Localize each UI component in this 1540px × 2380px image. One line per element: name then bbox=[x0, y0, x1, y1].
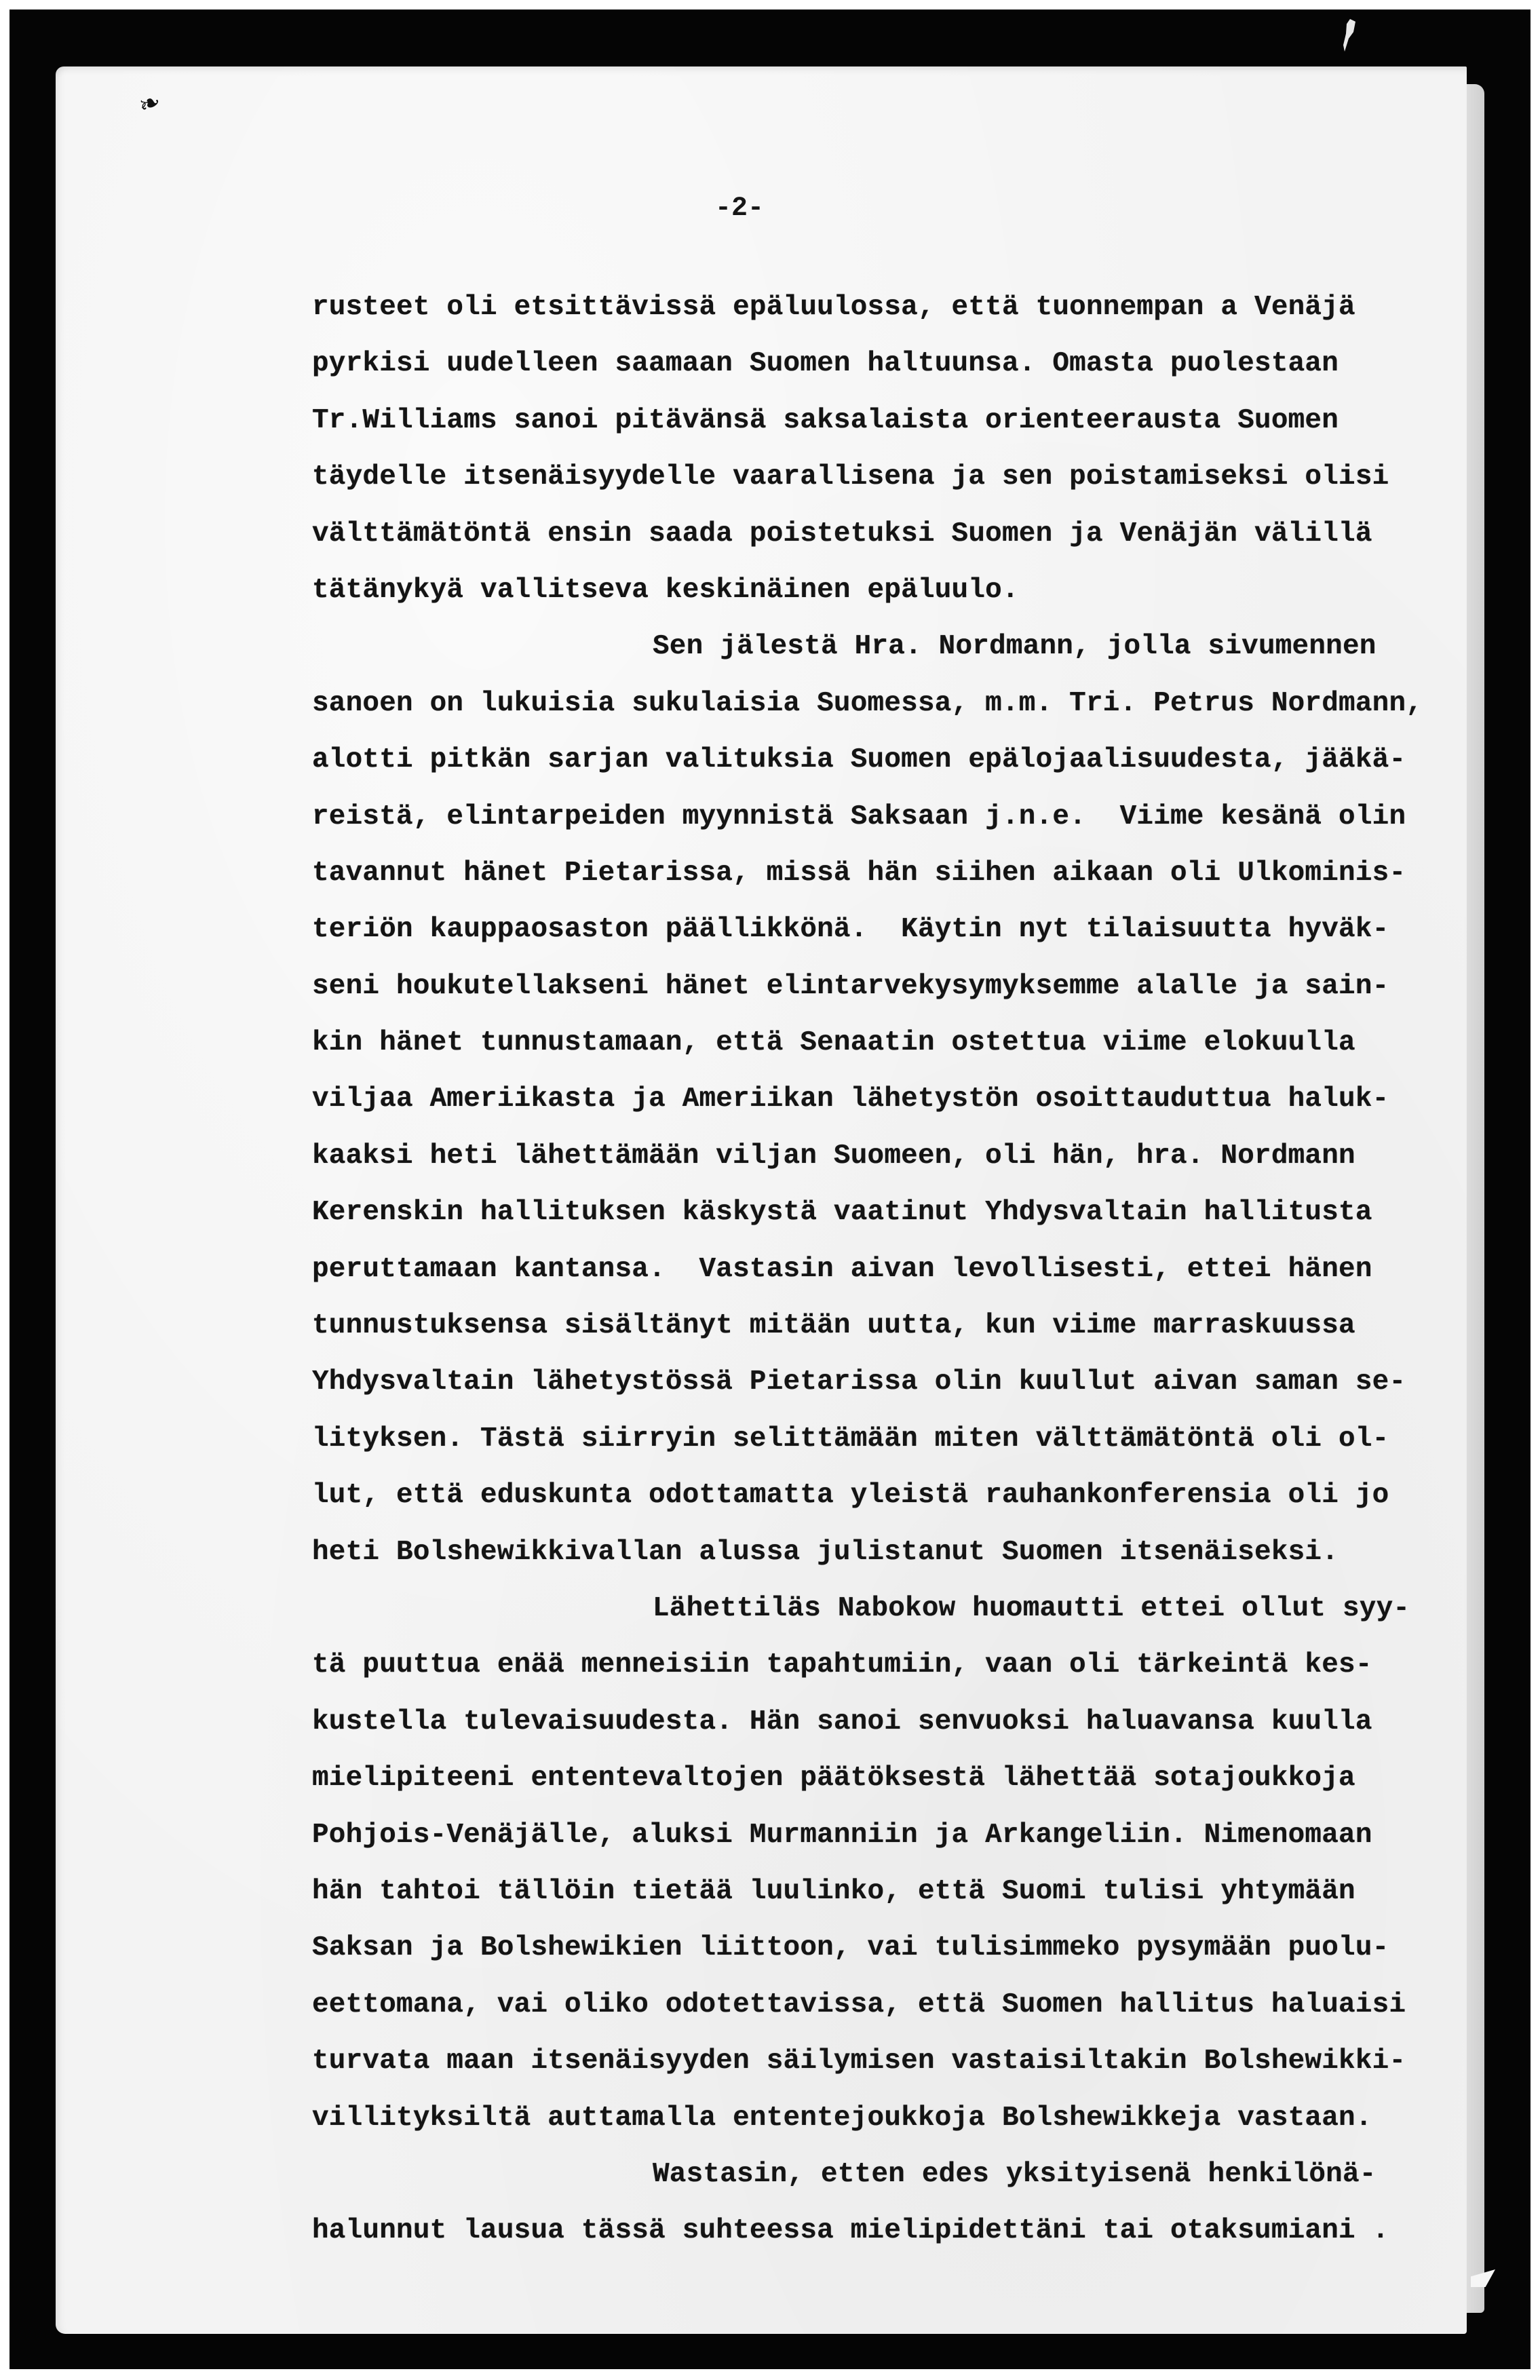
text-line: tavannut hänet Pietarissa, missä hän sii… bbox=[312, 845, 1398, 902]
text-line: täydelle itsenäisyydelle vaarallisena ja… bbox=[312, 449, 1398, 505]
text-line: tä puuttua enää menneisiin tapahtumiin, … bbox=[312, 1637, 1398, 1693]
text-line: kustella tulevaisuudesta. Hän sanoi senv… bbox=[312, 1694, 1398, 1750]
text-line: peruttamaan kantansa. Vastasin aivan lev… bbox=[312, 1242, 1398, 1298]
text-line: tunnustuksensa sisältänyt mitään uutta, … bbox=[312, 1298, 1398, 1354]
page-number: -2- bbox=[692, 193, 787, 224]
text-line: Yhdysvaltain lähetystössä Pietarissa oli… bbox=[312, 1354, 1398, 1410]
text-line: halunnut lausua tässä suhteessa mielipid… bbox=[312, 2203, 1398, 2259]
document-body: rusteet oli etsittävissä epäluulossa, et… bbox=[312, 280, 1398, 2260]
text-line: heti Bolshewikkivallan alussa julistanut… bbox=[312, 1524, 1398, 1581]
text-line: Kerenskin hallituksen käskystä vaatinut … bbox=[312, 1185, 1398, 1241]
paragraph-first-line: Sen jälestä Hra. Nordmann, jolla sivumen… bbox=[312, 619, 1398, 675]
text-line: rusteet oli etsittävissä epäluulossa, et… bbox=[312, 280, 1398, 336]
text-line: villityksiltä auttamalla ententejoukkoja… bbox=[312, 2090, 1398, 2147]
text-line: kaaksi heti lähettämään viljan Suomeen, … bbox=[312, 1128, 1398, 1185]
paragraph-first-line: Wastasin, etten edes yksityisenä henkilö… bbox=[312, 2147, 1398, 2203]
text-line: lityksen. Tästä siirryin selittämään mit… bbox=[312, 1411, 1398, 1467]
text-line: Saksan ja Bolshewikien liittoon, vai tul… bbox=[312, 1920, 1398, 1976]
text-line: seni houkutellakseni hänet elintarvekysy… bbox=[312, 959, 1398, 1015]
text-line: kin hänet tunnustamaan, että Senaatin os… bbox=[312, 1015, 1398, 1071]
text-line: mielipiteeni ententevaltojen päätöksestä… bbox=[312, 1750, 1398, 1807]
text-line: reistä, elintarpeiden myynnistä Saksaan … bbox=[312, 789, 1398, 845]
text-line: viljaa Ameriikasta ja Ameriikan lähetyst… bbox=[312, 1071, 1398, 1128]
text-line: hän tahtoi tällöin tietää luulinko, että… bbox=[312, 1864, 1398, 1920]
text-line: välttämätöntä ensin saada poistetuksi Su… bbox=[312, 506, 1398, 562]
text-line: teriön kauppaosaston päällikkönä. Käytin… bbox=[312, 902, 1398, 958]
text-line: sanoen on lukuisia sukulaisia Suomessa, … bbox=[312, 676, 1398, 732]
text-line: lut, että eduskunta odottamatta yleistä … bbox=[312, 1467, 1398, 1524]
text-line: pyrkisi uudelleen saamaan Suomen haltuun… bbox=[312, 336, 1398, 392]
text-line: Tr.Williams sanoi pitävänsä saksalaista … bbox=[312, 393, 1398, 449]
text-line: turvata maan itsenäisyyden säilymisen va… bbox=[312, 2033, 1398, 2090]
text-line: eettomana, vai oliko odotettavissa, että… bbox=[312, 1977, 1398, 2033]
text-line: alotti pitkän sarjan valituksia Suomen e… bbox=[312, 732, 1398, 788]
text-line: tätänykyä vallitseva keskinäinen epäluul… bbox=[312, 562, 1398, 619]
text-line: Pohjois-Venäjälle, aluksi Murmanniin ja … bbox=[312, 1807, 1398, 1864]
paragraph-first-line: Lähettiläs Nabokow huomautti ettei ollut… bbox=[312, 1581, 1398, 1637]
